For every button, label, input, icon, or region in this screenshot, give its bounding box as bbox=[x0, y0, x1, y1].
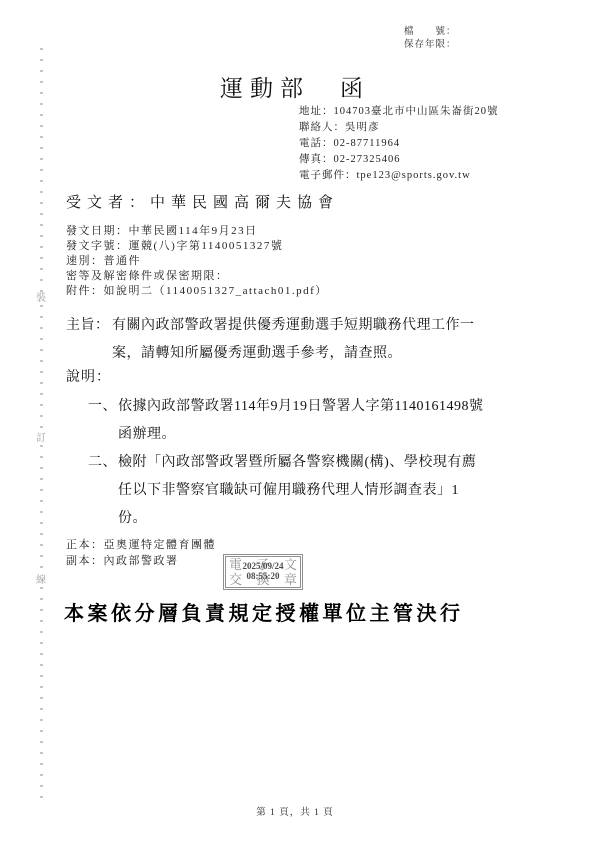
binding-mark-label: 線 bbox=[36, 575, 46, 587]
stamp-time: 08:55:20 bbox=[226, 571, 300, 581]
copy-original-line: 正本：亞奧運特定體育團體 bbox=[66, 538, 216, 554]
subject-block: 主旨： 有關內政部警政署提供優秀運動選手短期職務代理工作一 案，請轉知所屬優秀運… bbox=[66, 312, 475, 368]
item-text: 依據內政部警政署114年9月19日警署人字第1140161498號 函辦理。 bbox=[118, 393, 483, 449]
stamp-datetime: 2025/09/24 08:55:20 bbox=[226, 561, 300, 581]
item-line: 函辦理。 bbox=[118, 421, 483, 449]
item-line: 份。 bbox=[118, 505, 476, 533]
doc-number-line: 發文字號：運競(八)字第1140051327號 bbox=[66, 239, 328, 254]
subject-line: 案，請轉知所屬優秀運動選手參考，請查照。 bbox=[112, 340, 475, 368]
item-line: 依據內政部警政署114年9月19日警署人字第1140161498號 bbox=[118, 393, 483, 421]
document-page: 裝 訂 線 檔 號： 保存年限： 運動部 函 地址：104703臺北市中山區朱崙… bbox=[0, 0, 590, 842]
subject-line: 有關內政部警政署提供優秀運動選手短期職務代理工作一 bbox=[112, 312, 475, 340]
binding-dots bbox=[40, 587, 43, 800]
item-line: 任以下非警察官職缺可僱用職務代理人情形調查表」1 bbox=[118, 477, 476, 505]
electronic-exchange-stamp: 電 子 文 交 換 章 2025/09/24 08:55:20 bbox=[223, 554, 303, 590]
sender-info-block: 地址：104703臺北市中山區朱崙街20號 聯絡人：吳明彥 電話：02-8771… bbox=[299, 104, 499, 184]
item-marker: 二、 bbox=[88, 449, 118, 533]
speed-line: 速別：普通件 bbox=[66, 254, 328, 269]
subject-label: 主旨： bbox=[66, 312, 112, 368]
binding-mark-label: 裝 bbox=[36, 293, 46, 305]
sender-address-line: 地址：104703臺北市中山區朱崙街20號 bbox=[299, 104, 499, 120]
authorization-line: 本案依分層負責規定授權單位主管決行 bbox=[64, 597, 464, 626]
description-item: 二、 檢附「內政部警政署暨所屬各警察機關(構)、學校現有薦 任以下非警察官職缺可… bbox=[88, 449, 476, 533]
copy-cc-line: 副本：內政部警政署 bbox=[66, 554, 216, 570]
sender-contact-line: 聯絡人：吳明彥 bbox=[299, 120, 499, 136]
issue-date-line: 發文日期：中華民國114年9月23日 bbox=[66, 224, 328, 239]
meta-block: 發文日期：中華民國114年9月23日 發文字號：運競(八)字第114005132… bbox=[66, 224, 328, 299]
file-number-block: 檔 號： 保存年限： bbox=[404, 26, 457, 52]
security-line: 密等及解密條件或保密期限： bbox=[66, 269, 328, 284]
stamp-date: 2025/09/24 bbox=[226, 561, 300, 571]
binding-mark-label: 訂 bbox=[36, 433, 46, 445]
binding-dots bbox=[40, 305, 43, 433]
binding-dots bbox=[40, 445, 43, 575]
recipient-line: 受文者：中華民國高爾夫協會 bbox=[66, 191, 339, 212]
item-marker: 一、 bbox=[88, 393, 118, 449]
doc-title: 運動部 函 bbox=[0, 70, 590, 103]
retention-line: 保存年限： bbox=[404, 39, 457, 52]
item-text: 檢附「內政部警政署暨所屬各警察機關(構)、學校現有薦 任以下非警察官職缺可僱用職… bbox=[118, 449, 476, 533]
copies-block: 正本：亞奧運特定體育團體 副本：內政部警政署 bbox=[66, 538, 216, 569]
description-label: 說明： bbox=[66, 366, 111, 386]
subject-text: 有關內政部警政署提供優秀運動選手短期職務代理工作一 案，請轉知所屬優秀運動選手參… bbox=[112, 312, 475, 368]
sender-fax-line: 傳真：02-27325406 bbox=[299, 152, 499, 168]
binding-margin: 裝 訂 線 bbox=[34, 48, 48, 804]
sender-email-line: 電子郵件：tpe123@sports.gov.tw bbox=[299, 168, 499, 184]
item-line: 檢附「內政部警政署暨所屬各警察機關(構)、學校現有薦 bbox=[118, 449, 476, 477]
attachment-line: 附件：如說明二（1140051327_attach01.pdf） bbox=[66, 284, 328, 299]
sender-phone-line: 電話：02-87711964 bbox=[299, 136, 499, 152]
description-item: 一、 依據內政部警政署114年9月19日警署人字第1140161498號 函辦理… bbox=[88, 393, 483, 449]
page-footer: 第 1 頁，共 1 頁 bbox=[0, 804, 590, 818]
file-no-line: 檔 號： bbox=[404, 26, 457, 39]
